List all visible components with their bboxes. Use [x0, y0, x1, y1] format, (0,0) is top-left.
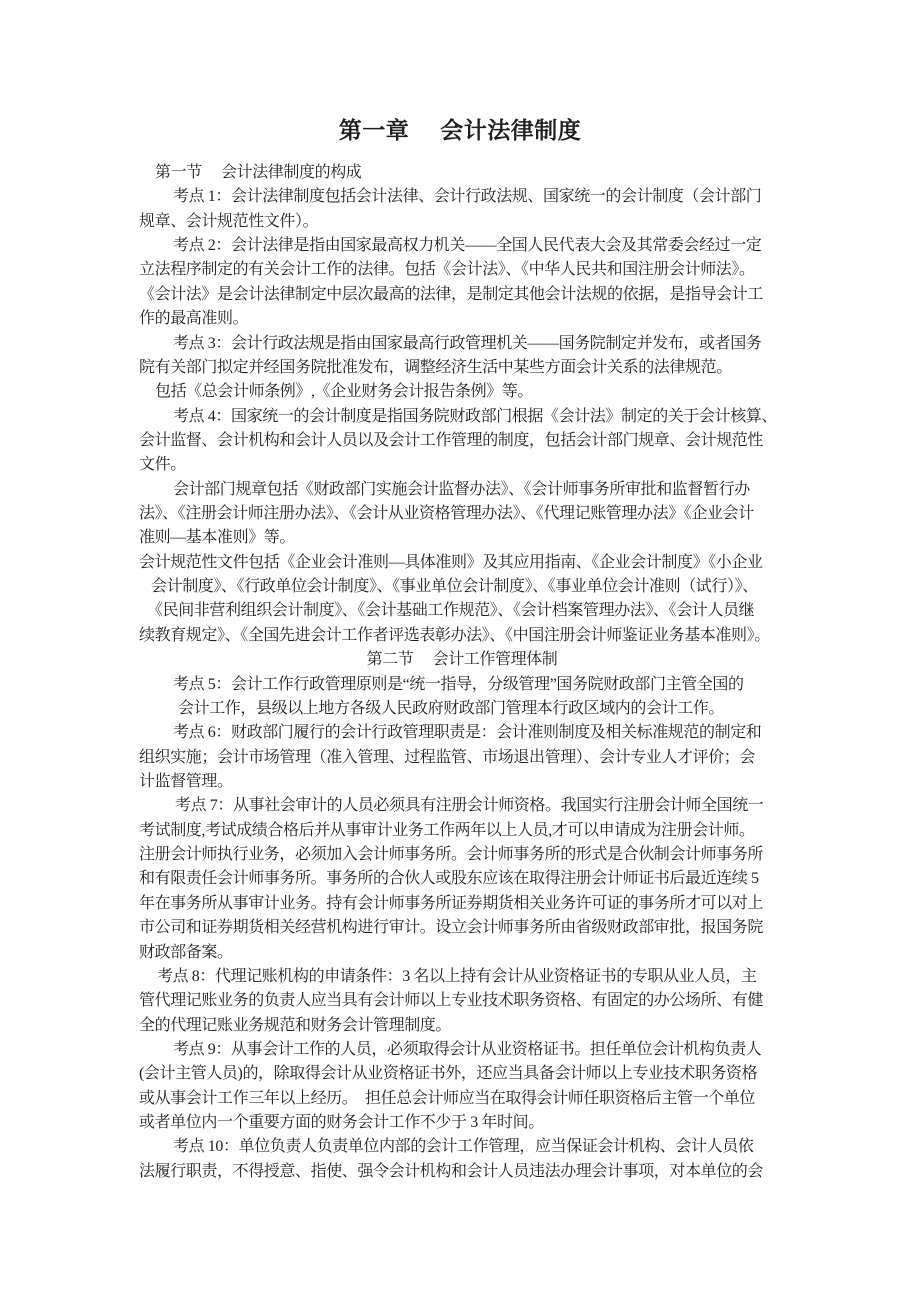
text-line: 院有关部门拟定并经国务院批准发布，调整经济生活中某些方面会计关系的法律规范。: [139, 356, 785, 380]
text-line: 文件。: [139, 453, 785, 477]
text-line: 会计监督、会计机构和会计人员以及会计工作管理的制度，包括会计部门规章、会计规范性: [139, 429, 785, 453]
text-line: 考点 8：代理记账机构的申请条件：3 名以上持有会计从业资格证书的专职从业人员，…: [139, 965, 785, 989]
text-line: 考点 7：从事社会审计的人员必须具有注册会计师资格。我国实行注册会计师全国统一: [139, 794, 785, 818]
text-line: 计监督管理。: [139, 770, 785, 794]
text-line: 考点 3：会计行政法规是指由国家最高行政管理机关——国务院制定并发布，或者国务: [139, 332, 785, 356]
text-line: 和有限责任会计师事务所。事务所的合伙人或股东应该在取得注册会计师证书后最近连续 …: [139, 867, 785, 891]
chapter-label: 第一章: [339, 118, 410, 143]
text-line: 《会计法》是会计法律制定中层次最高的法律，是制定其他会计法规的依据，是指导会计工: [139, 283, 785, 307]
section-1-heading: 第一节 会计法律制度的构成: [139, 161, 785, 185]
section-2-heading: 第二节 会计工作管理体制: [139, 648, 785, 672]
text-line: 或从事会计工作三年以上经历。 担任总会计师应当在取得会计师任职资格后主管一个单位: [139, 1087, 785, 1111]
text-line: 准则—基本准则》等。: [139, 526, 785, 550]
text-line: 全的代理记账业务规范和财务会计管理制度。: [139, 1014, 785, 1038]
text-line: 考点 2：会计法律是指由国家最高权力机关——全国人民代表大会及其常委会经过一定: [139, 234, 785, 258]
text-line: 考点 9：从事会计工作的人员，必须取得会计从业资格证书。担任单位会计机构负责人: [139, 1038, 785, 1062]
document-body: 第一节 会计法律制度的构成考点 1：会计法律制度包括会计法律、会计行政法规、国家…: [139, 161, 785, 1184]
text-line: 《民间非营利组织会计制度》、《会计基础工作规范》、《会计档案管理办法》、《会计人…: [139, 599, 785, 623]
text-line: 管代理记账业务的负责人应当具有会计师以上专业技术职务资格、有固定的办公场所、有健: [139, 989, 785, 1013]
text-line: 规章、会计规范性文件）。: [139, 210, 785, 234]
chapter-title: 第一章会计法律制度: [0, 116, 920, 146]
text-line: 法履行职责，不得授意、指使、强令会计机构和会计人员违法办理会计事项，对本单位的会: [139, 1160, 785, 1184]
text-line: 考试制度,考试成绩合格后并从事审计业务工作两年以上人员,才可以申请成为注册会计师…: [139, 819, 785, 843]
text-line: 会计部门规章包括《财政部门实施会计监督办法》、《会计师事务所审批和监督暂行办: [139, 478, 785, 502]
text-line: 会计规范性文件包括《企业会计准则—具体准则》及其应用指南、《企业会计制度》《小企…: [139, 551, 785, 575]
text-line: 会计制度》、《行政单位会计制度》、《事业单位会计制度》、《事业单位会计准则（试行…: [139, 575, 785, 599]
text-line: 组织实施；会计市场管理（准入管理、过程监管、市场退出管理）、会计专业人才评价；会: [139, 746, 785, 770]
text-line: 作的最高准则。: [139, 307, 785, 331]
text-line: 会计工作，县级以上地方各级人民政府财政部门管理本行政区域内的会计工作。: [139, 697, 785, 721]
document-page: 第一章会计法律制度 第一节 会计法律制度的构成考点 1：会计法律制度包括会计法律…: [0, 0, 920, 1302]
text-line: 立法程序制定的有关会计工作的法律。包括《会计法》、《中华人民共和国注册会计师法》…: [139, 258, 785, 282]
text-line: 市公司和证券期货相关经营机构进行审计。设立会计师事务所由省级财政部审批，报国务院: [139, 916, 785, 940]
text-line: 考点 1：会计法律制度包括会计法律、会计行政法规、国家统一的会计制度（会计部门: [139, 185, 785, 209]
text-line: 注册会计师执行业务，必须加入会计师事务所。会计师事务所的形式是合伙制会计师事务所: [139, 843, 785, 867]
text-line: 续教育规定》、《全国先进会计工作者评选表彰办法》、《中国注册会计师鉴证业务基本准…: [139, 624, 785, 648]
text-line: 法》、《注册会计师注册办法》、《会计从业资格管理办法》、《代理记账管理办法》《企…: [139, 502, 785, 526]
text-line: 考点 5：会计工作行政管理原则是“统一指导，分级管理”国务院财政部门主管全国的: [139, 673, 785, 697]
text-line: 考点 6：财政部门履行的会计行政管理职责是：会计准则制度及相关标准规范的制定和: [139, 721, 785, 745]
text-line: 考点 10：单位负责人负责单位内部的会计工作管理，应当保证会计机构、会计人员依: [139, 1135, 785, 1159]
chapter-name: 会计法律制度: [440, 118, 581, 143]
text-line: 或者单位内一个重要方面的财务会计工作不少于 3 年时间。: [139, 1111, 785, 1135]
text-line: 财政部备案。: [139, 941, 785, 965]
text-line: 考点 4：国家统一的会计制度是指国务院财政部门根据《会计法》制定的关于会计核算、: [139, 405, 785, 429]
text-line: 包括《总会计师条例》,《企业财务会计报告条例》等。: [139, 380, 785, 404]
text-line: (会计主管人员)的，除取得会计从业资格证书外，还应当具备会计师以上专业技术职务资…: [139, 1062, 785, 1086]
text-line: 年在事务所从事审计业务。持有会计师事务所证券期货相关业务许可证的事务所才可以对上: [139, 892, 785, 916]
